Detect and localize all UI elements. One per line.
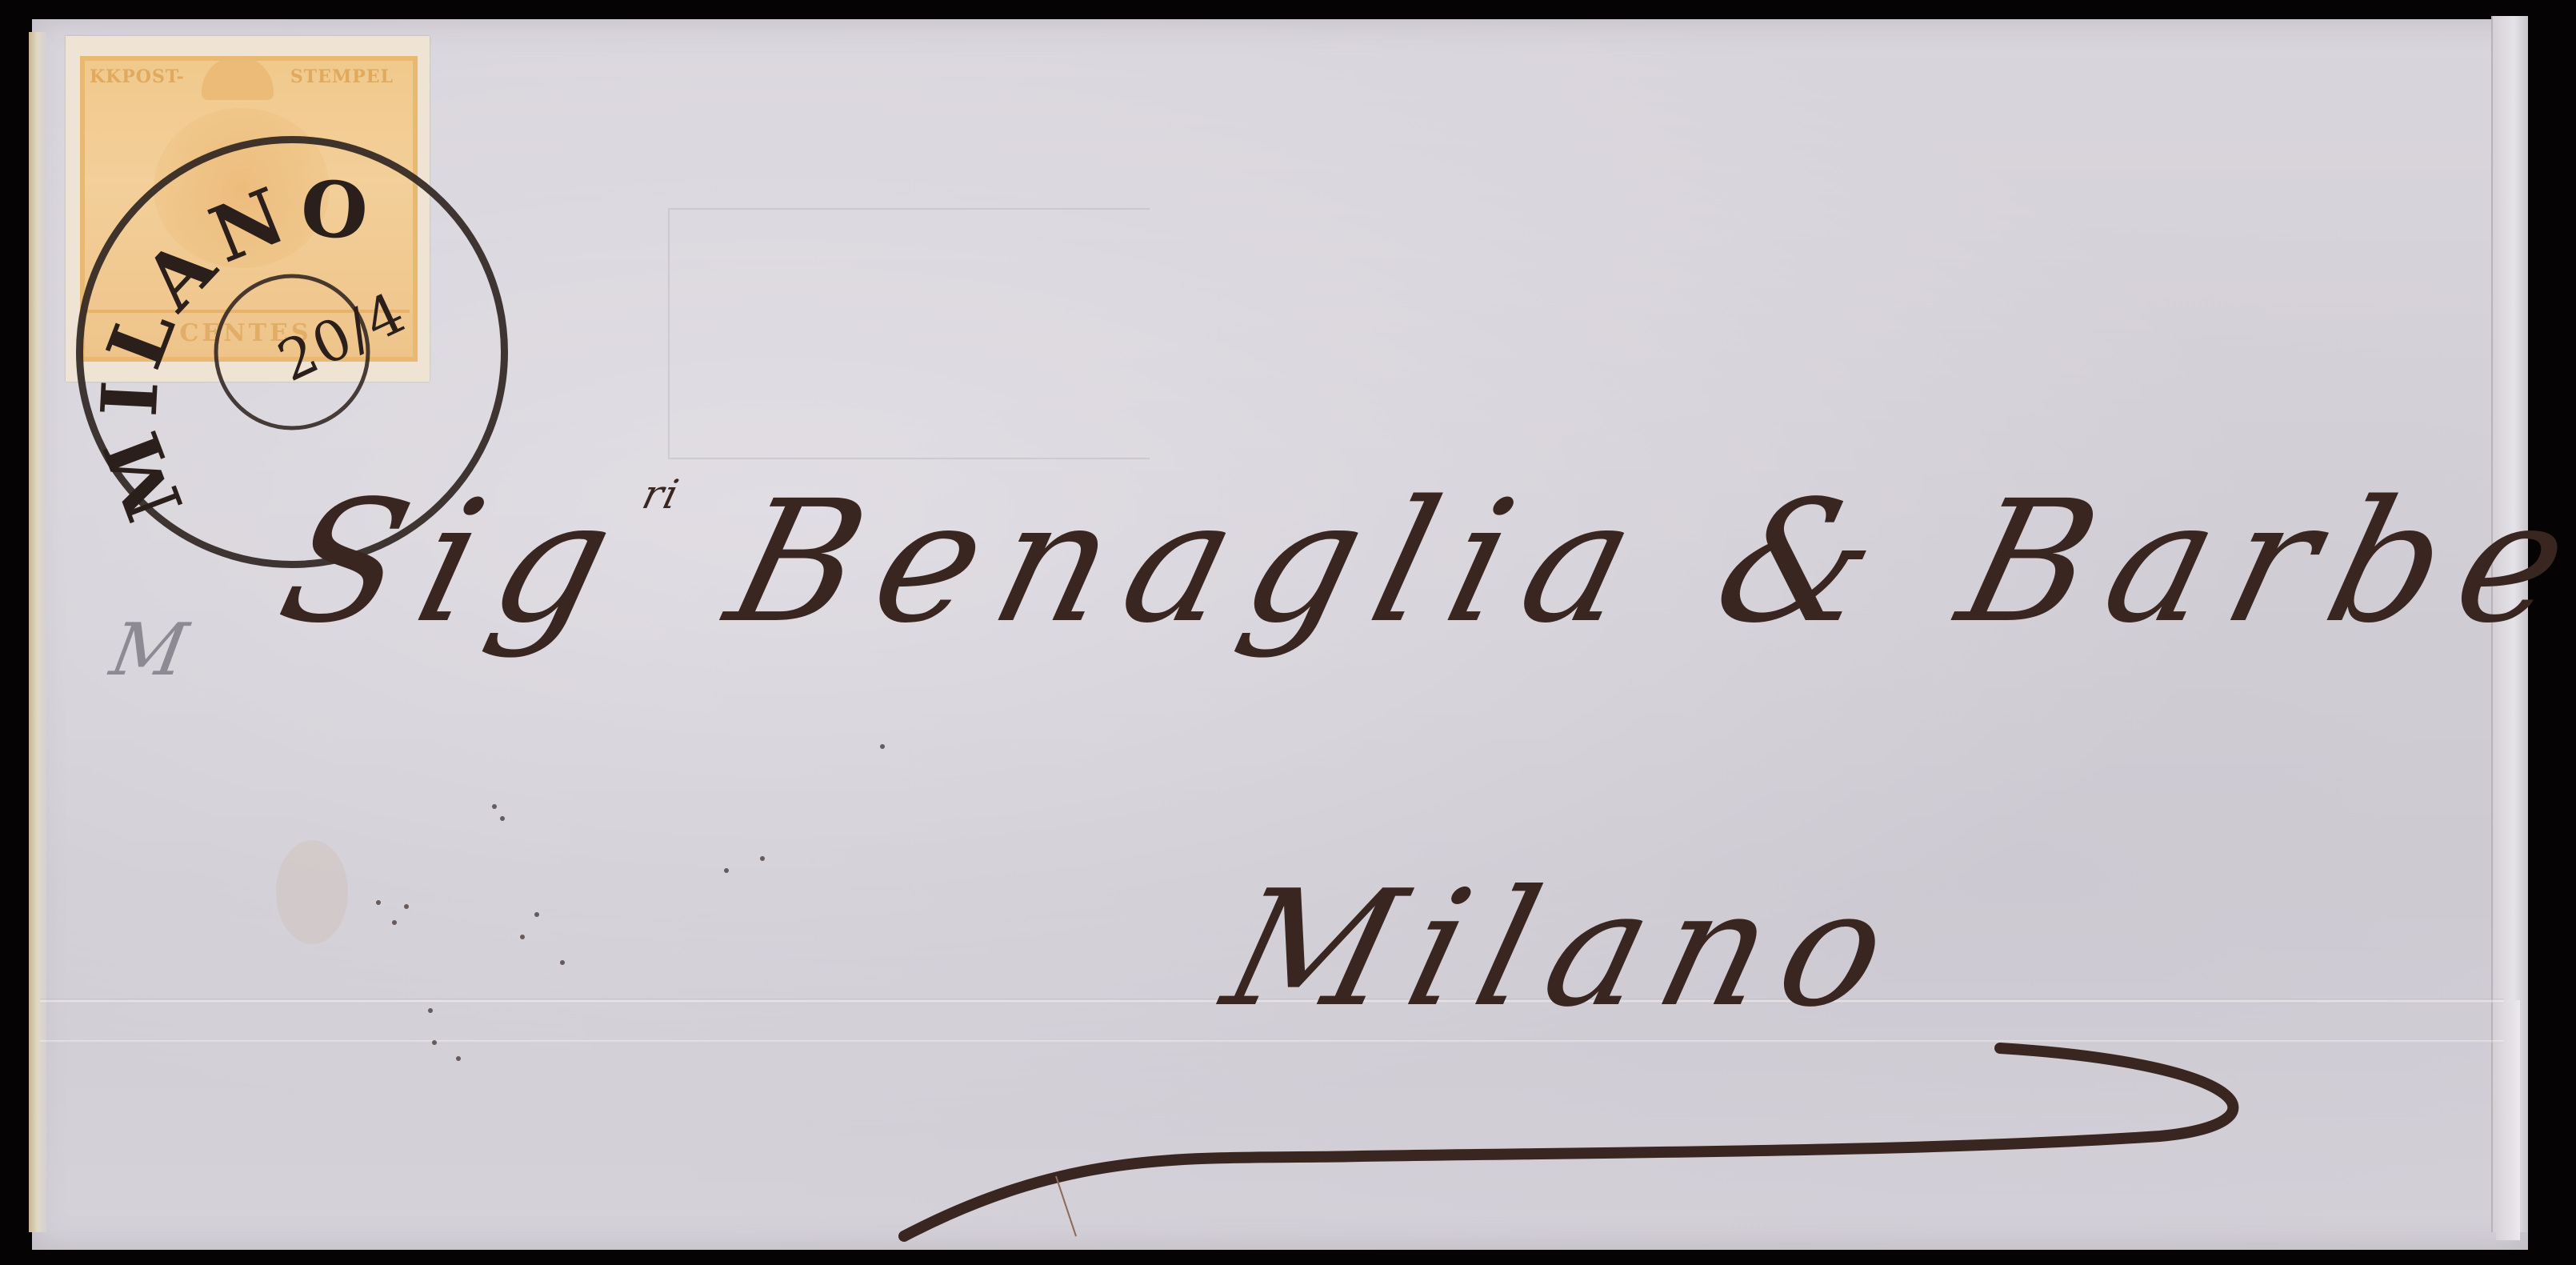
salutation: Sig bbox=[263, 464, 651, 660]
paper-stain bbox=[276, 840, 348, 944]
destination-city: Milano bbox=[1209, 856, 1922, 1043]
stamp-label-left: KKPOST- bbox=[90, 66, 185, 87]
stamp-top-label: KKPOST- STEMPEL bbox=[90, 66, 394, 87]
pencil-annotation: M bbox=[105, 608, 194, 692]
addressee-line: Sigri Benaglia & Barbera bbox=[263, 464, 2576, 660]
letter-right-lower-flap bbox=[2496, 1000, 2520, 1240]
letter-left-edge bbox=[29, 32, 46, 1232]
recipient-name: Benaglia & Barbera bbox=[712, 464, 2576, 660]
stamp-label-right: STEMPEL bbox=[290, 66, 394, 87]
faint-rectangle-impression bbox=[668, 208, 1150, 459]
